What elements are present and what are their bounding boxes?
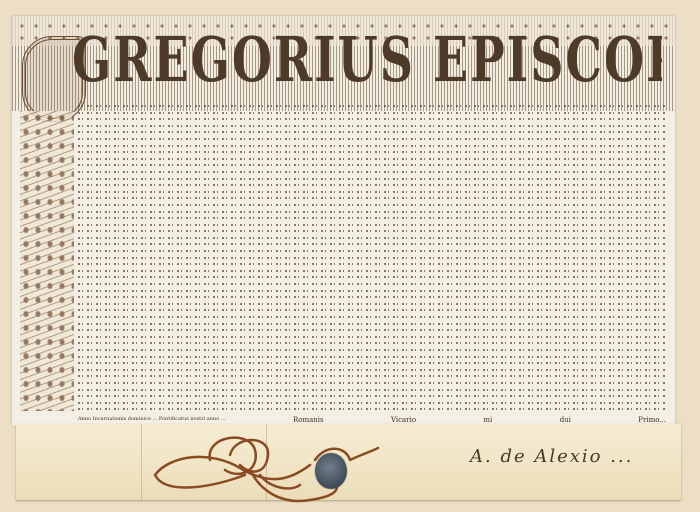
text-line	[78, 234, 666, 241]
text-line	[78, 188, 666, 195]
text-line	[78, 254, 666, 261]
text-line	[78, 320, 666, 327]
signoff-word: Primo...	[638, 416, 666, 424]
text-line	[78, 287, 666, 294]
text-line	[78, 221, 666, 228]
text-line	[78, 379, 666, 386]
parchment-sheet: GREGORIUS EPISCOPUS SERVUS SERVORUM DEI …	[12, 16, 675, 426]
signoff-word: dui	[560, 416, 571, 424]
text-line	[78, 240, 666, 247]
text-line	[78, 346, 666, 353]
text-line	[78, 333, 666, 340]
text-line	[78, 135, 666, 142]
signoff-word: Romanis	[293, 416, 324, 424]
text-line	[78, 201, 666, 208]
text-line	[78, 300, 666, 307]
signoff-word: mi	[483, 416, 492, 424]
text-line	[78, 326, 666, 333]
closing-line: Anno Incarnationis dominice ... Pontific…	[78, 416, 226, 424]
text-line	[78, 148, 666, 155]
document-body	[78, 102, 666, 420]
text-line	[78, 128, 666, 135]
text-line	[78, 313, 666, 320]
text-line	[78, 142, 666, 149]
fold-crease	[141, 424, 142, 500]
text-line	[78, 102, 666, 109]
text-line	[78, 366, 666, 373]
text-line	[78, 399, 666, 406]
text-line	[78, 405, 666, 412]
text-line	[78, 181, 666, 188]
scribe-signature: A. de Alexio ...	[470, 446, 633, 467]
text-line	[78, 273, 666, 280]
text-line	[78, 227, 666, 234]
lead-seal	[315, 453, 347, 489]
text-line	[78, 247, 666, 254]
text-line	[78, 359, 666, 366]
text-line	[78, 280, 666, 287]
text-line	[78, 306, 666, 313]
text-line	[78, 194, 666, 201]
text-line	[78, 161, 666, 168]
left-floral-border	[20, 111, 74, 411]
signoff-word: Vicario	[391, 416, 416, 424]
text-line	[78, 353, 666, 360]
text-line	[78, 386, 666, 393]
text-line	[78, 122, 666, 129]
text-line	[78, 109, 666, 116]
signoff-line: Anno Incarnationis dominice ... Pontific…	[78, 416, 666, 424]
text-line	[78, 175, 666, 182]
text-line	[78, 293, 666, 300]
text-line	[78, 214, 666, 221]
text-line	[78, 208, 666, 215]
text-line	[78, 267, 666, 274]
text-line	[78, 392, 666, 399]
text-line	[78, 155, 666, 162]
text-line	[78, 115, 666, 122]
document-heading: GREGORIUS EPISCOPUS SERVUS SERVORUM DEI …	[72, 12, 662, 96]
text-line	[78, 168, 666, 175]
text-line	[78, 339, 666, 346]
text-line	[78, 372, 666, 379]
text-line	[78, 260, 666, 267]
